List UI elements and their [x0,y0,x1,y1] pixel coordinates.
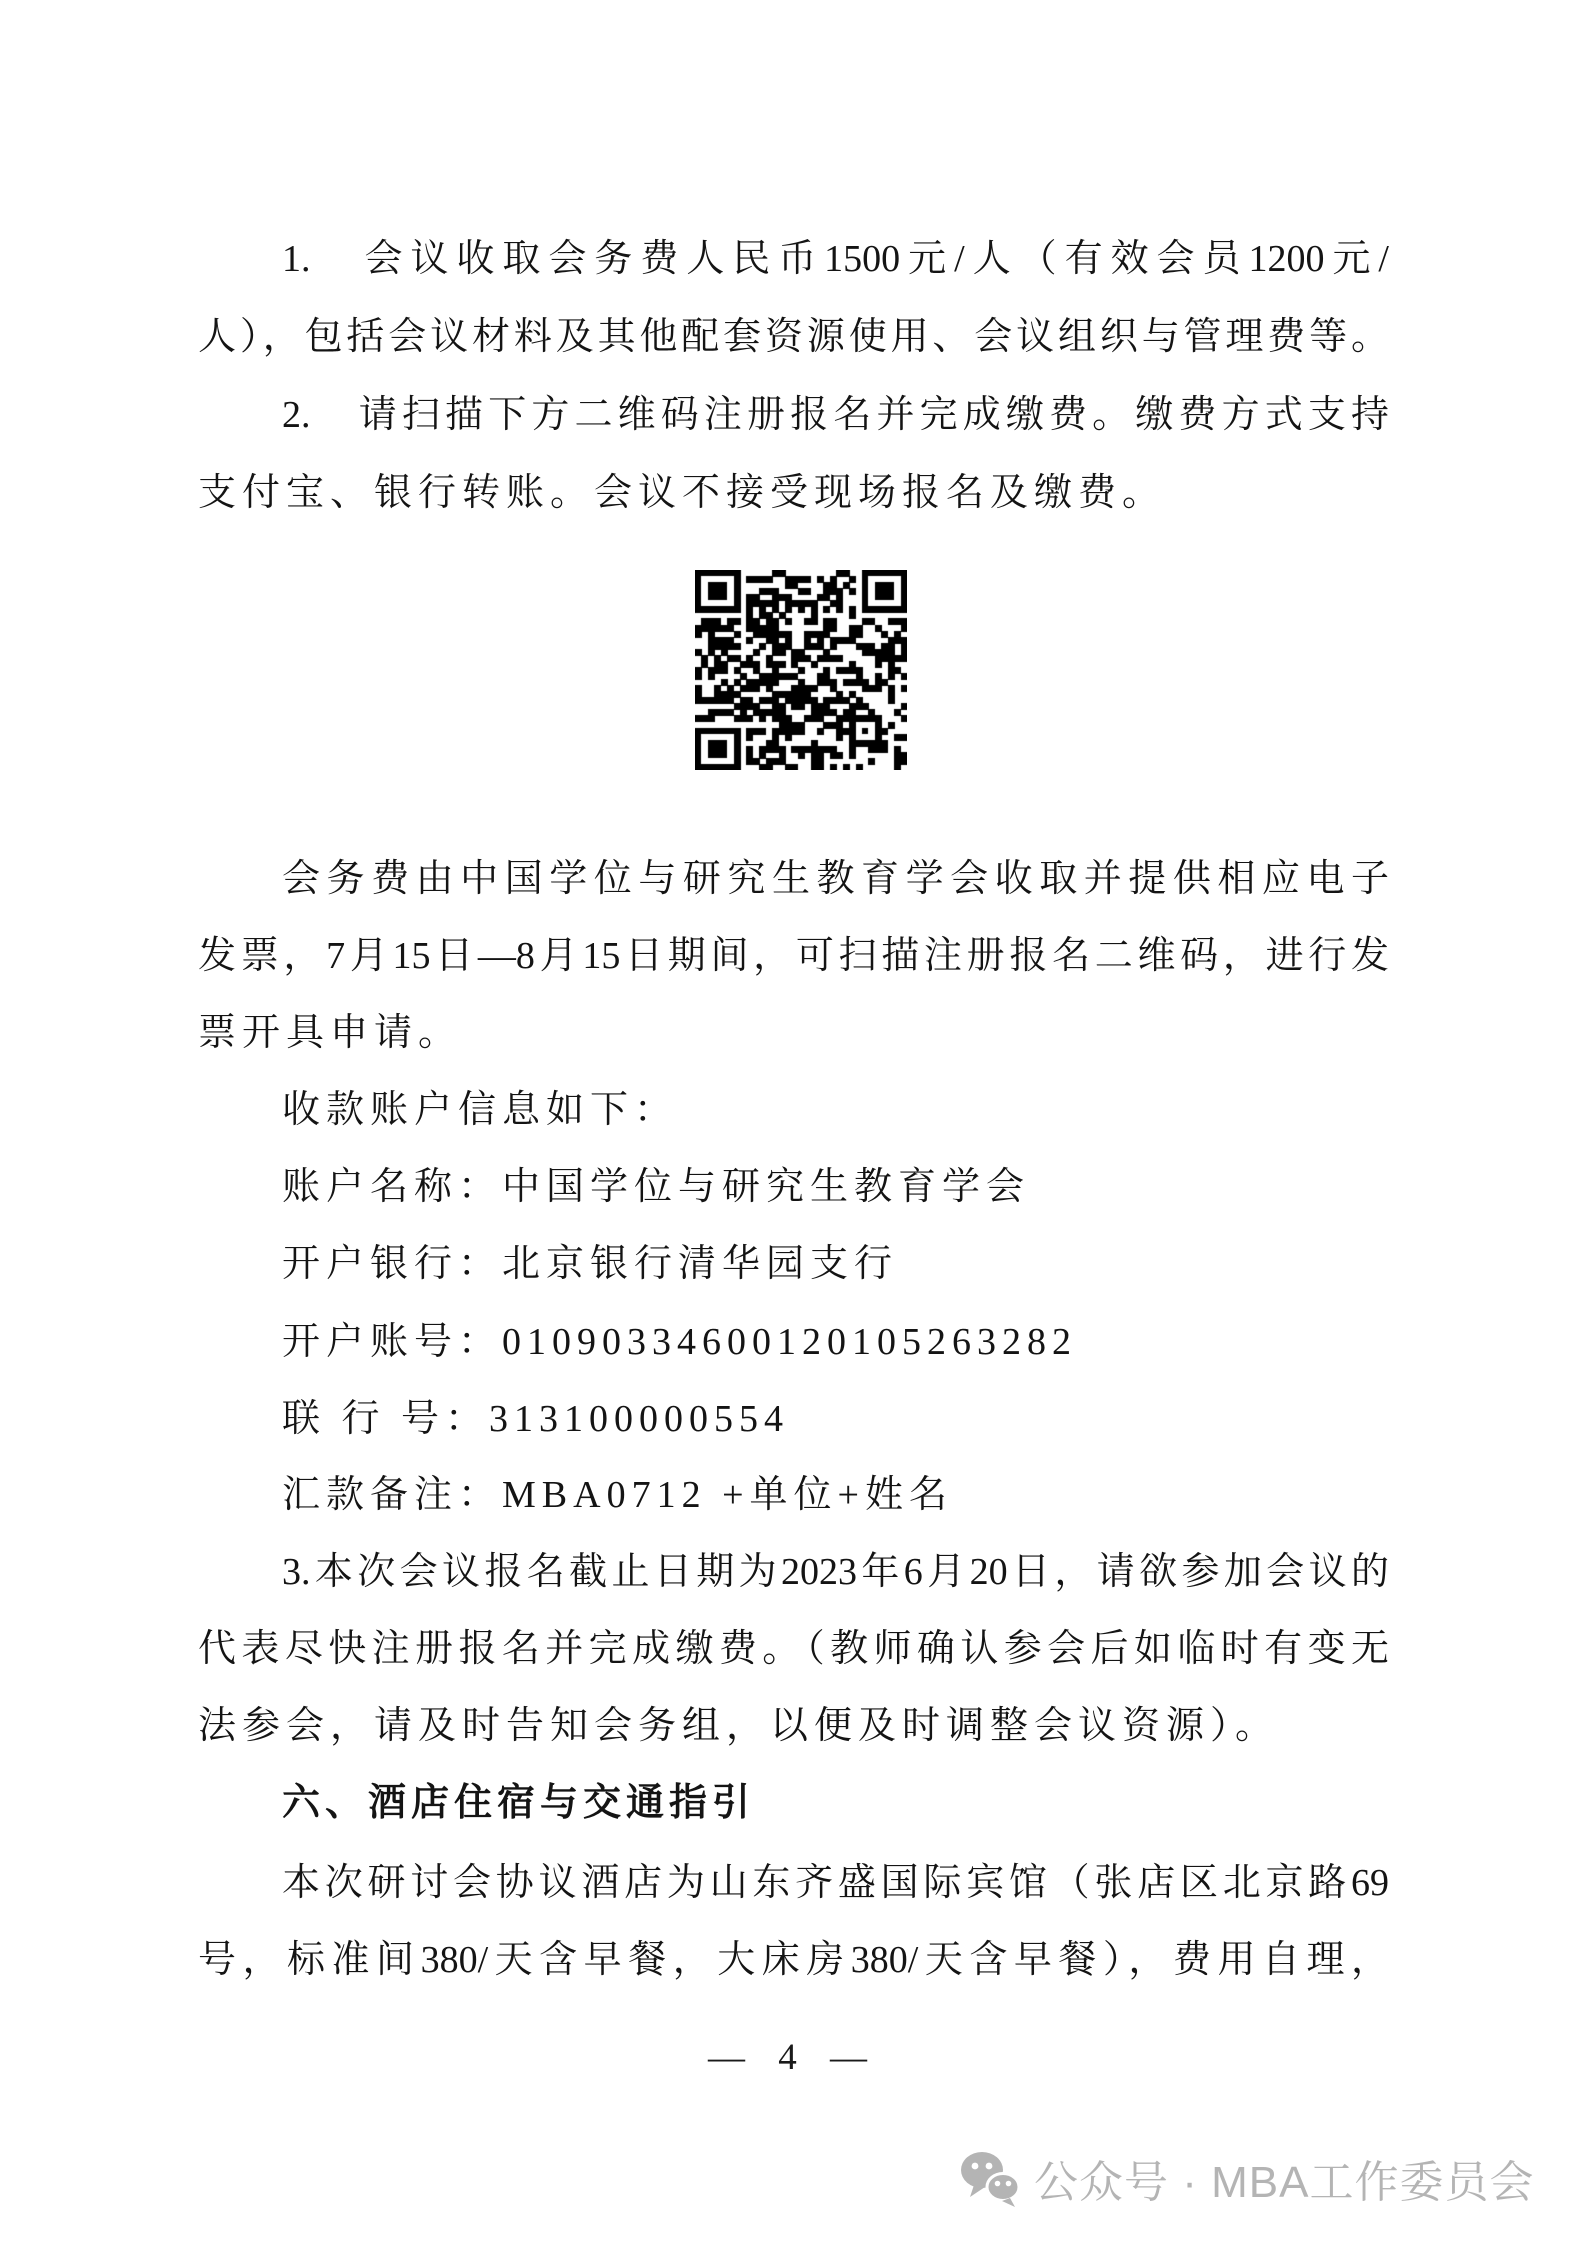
footer-brand-text: 公众号 · MBA工作委员会 [1034,2146,1534,2210]
bank-code-line: 联 行 号：313100000554 [198,1392,1389,1446]
paragraph-line: 3.本次会议报名截止日期为2023年6月20日，请欲参加会议的 [198,1545,1389,1599]
paragraph-line: 法参会，请及时告知会务组，以便及时调整会议资源）。 [198,1699,1389,1753]
wechat-footer: 公众号 · MBA工作委员会 [958,2146,1534,2210]
account-info-intro-line: 收款账户信息如下： [198,1083,1389,1137]
account-number-line: 开户账号：01090334600120105263282 [198,1315,1389,1369]
document-page: 1. 会议收取会务费人民币1500元/人（有效会员1200元/ 人），包括会议材… [0,0,1587,2245]
paragraph-line: 人），包括会议材料及其他配套资源使用、会议组织与管理费等。 [198,310,1389,364]
bank-name-line: 开户银行：北京银行清华园支行 [198,1237,1389,1291]
section-heading-hotel-transport: 六、酒店住宿与交通指引 [198,1776,1389,1830]
paragraph-line: 票开具申请。 [198,1006,1389,1060]
paragraph-line: 本次研讨会协议酒店为山东齐盛国际宾馆（张店区北京路69 [198,1856,1389,1910]
paragraph-line: 1. 会议收取会务费人民币1500元/人（有效会员1200元/ [198,232,1389,286]
page-number: — 4 — [0,2036,1587,2079]
account-name-line: 账户名称：中国学位与研究生教育学会 [198,1160,1389,1214]
paragraph-line: 支付宝、银行转账。会议不接受现场报名及缴费。 [198,466,1389,520]
qr-code [695,570,907,770]
wechat-icon [958,2149,1022,2207]
paragraph-line: 2. 请扫描下方二维码注册报名并完成缴费。缴费方式支持 [198,388,1389,442]
paragraph-line: 发票，7月15日—8月15日期间，可扫描注册报名二维码，进行发 [198,929,1389,983]
paragraph-line: 号，标准间380/天含早餐，大床房380/天含早餐），费用自理， [198,1933,1389,1987]
paragraph-line: 代表尽快注册报名并完成缴费。（教师确认参会后如临时有变无 [198,1622,1389,1676]
remittance-note-line: 汇款备注：MBA0712 +单位+姓名 [198,1468,1389,1522]
paragraph-line: 会务费由中国学位与研究生教育学会收取并提供相应电子 [198,852,1389,906]
